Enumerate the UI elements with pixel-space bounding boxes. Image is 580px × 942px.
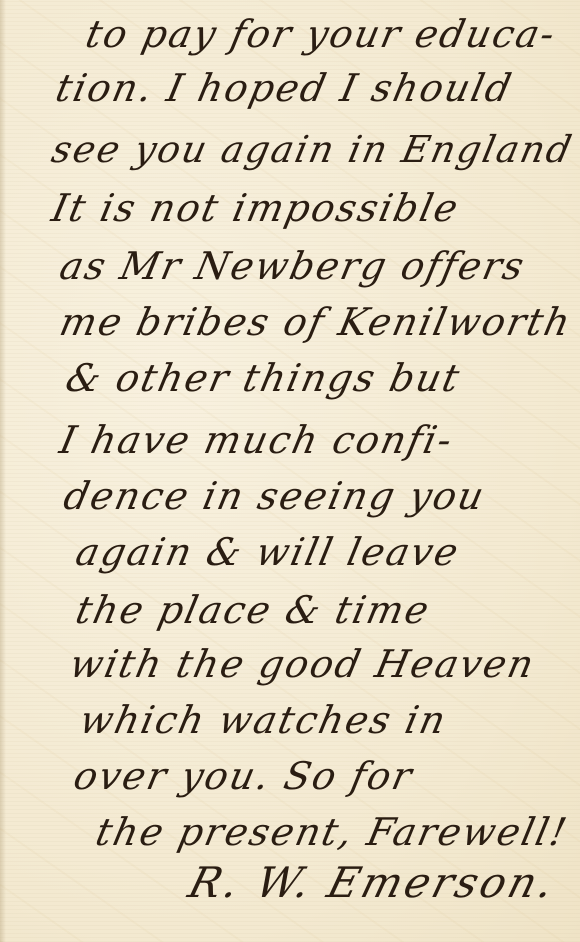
letter-line: tion. I hoped I should bbox=[52, 66, 517, 110]
letter-line: the place & time bbox=[72, 588, 435, 632]
letter-page: to pay for your educa- tion. I hoped I s… bbox=[0, 0, 580, 942]
letter-line: dence in seeing you bbox=[60, 474, 490, 518]
letter-line: to pay for your educa- bbox=[82, 12, 560, 56]
letter-line: as Mr Newberg offers bbox=[56, 244, 530, 288]
letter-line: me bribes of Kenilworth bbox=[56, 300, 576, 344]
letter-line: again & will leave bbox=[72, 530, 464, 574]
signature: R. W. Emerson. bbox=[183, 858, 562, 907]
letter-line: see you again in England bbox=[48, 128, 577, 171]
letter-line: which watches in bbox=[76, 698, 451, 742]
paper-edge bbox=[0, 0, 6, 942]
letter-line: with the good Heaven bbox=[66, 642, 539, 686]
letter-line: & other things but bbox=[62, 356, 465, 400]
letter-line: over you. So for bbox=[70, 754, 418, 798]
letter-line: I have much confi- bbox=[56, 418, 458, 462]
letter-line: It is not impossible bbox=[48, 186, 464, 230]
letter-line: the present, Farewell! bbox=[92, 810, 572, 854]
